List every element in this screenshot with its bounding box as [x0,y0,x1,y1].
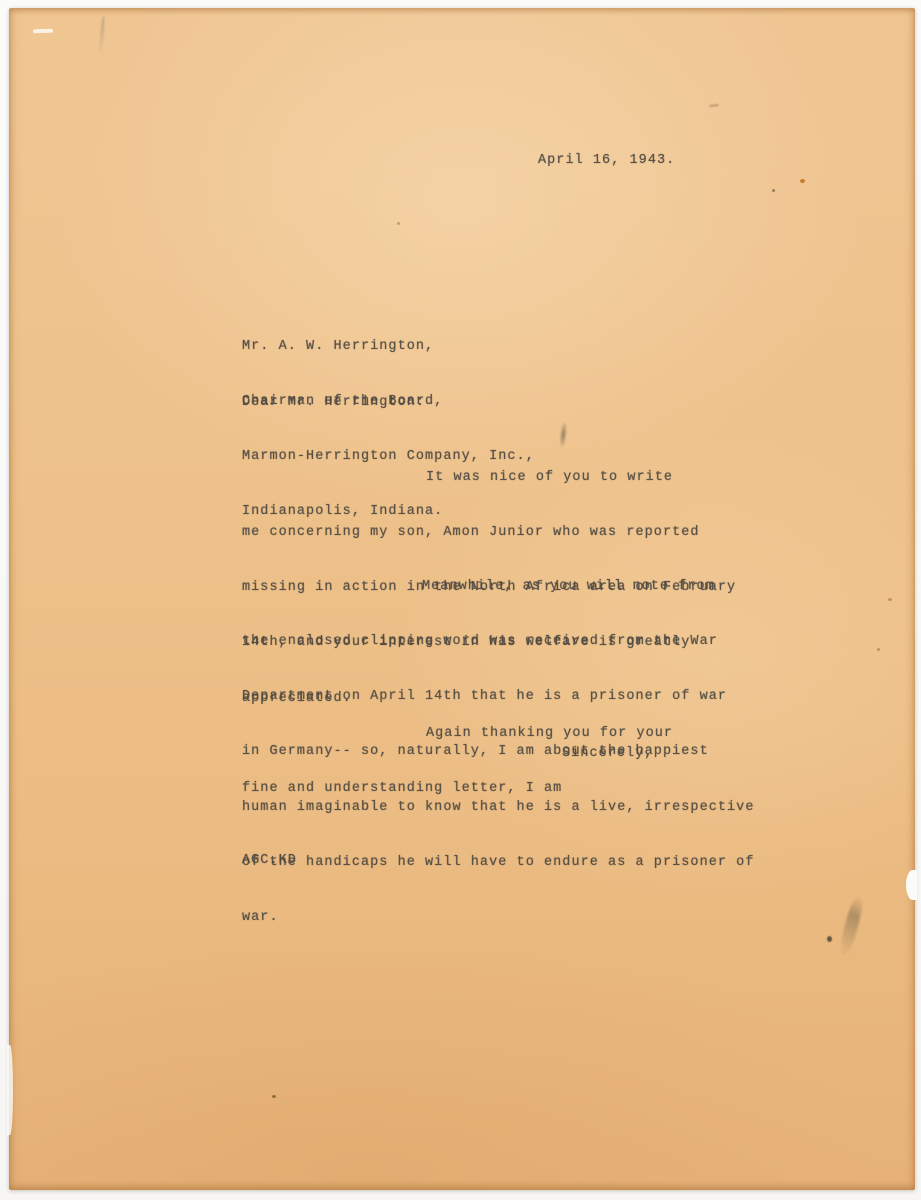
body-line: fine and understanding letter, I am [242,780,673,798]
recipient-name: Mr. A. W. Herrington, [242,338,535,356]
date-line: April 16, 1943. [538,152,675,170]
faint-pencil-mark [98,16,105,54]
body-line: Again thanking you for your [242,725,673,743]
paper-speck [888,598,892,601]
paper-speck [772,189,775,192]
scan-background: April 16, 1943. Mr. A. W. Herrington, Ch… [0,0,921,1200]
body-line: Meanwhile, as you will note from [242,578,754,596]
ink-smudge-right-margin [838,893,866,956]
body-line: of the handicaps he will have to endure … [242,854,754,872]
paper-speck [272,1095,276,1098]
ink-dot [827,936,832,942]
reference-initials: AGC.KD [242,852,297,870]
paper-speck [800,179,805,183]
paper-speck [397,222,400,225]
paper-scratch [33,29,53,34]
paper-speck [877,648,880,651]
salutation: Dear Mr. Herrington: [242,394,425,412]
body-line: the enclosed clipping word was received … [242,633,754,651]
paper-edge-notch [906,870,917,900]
body-line: It was nice of you to write [242,469,736,487]
letter-page: April 16, 1943. Mr. A. W. Herrington, Ch… [9,8,915,1190]
body-line: me concerning my son, Amon Junior who wa… [242,524,736,542]
body-line: war. [242,909,754,927]
closing: Sincerely, [562,745,654,763]
paper-edge-sliver [7,1045,13,1135]
paper-speck [709,103,719,107]
